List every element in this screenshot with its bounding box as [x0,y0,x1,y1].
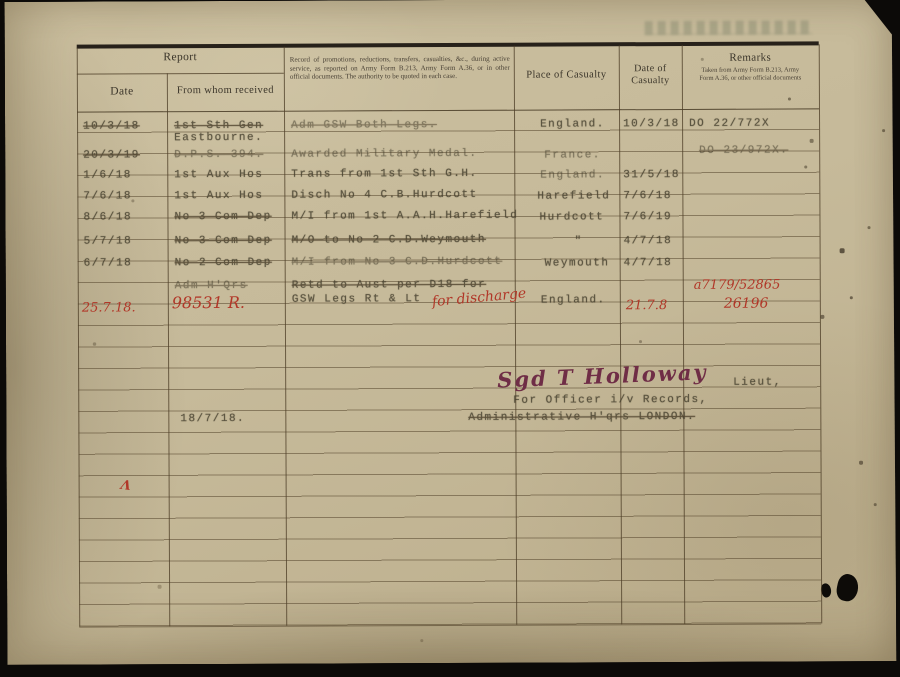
entry-remarks: DO 23/972X. [699,145,788,157]
entry-record: Retd to Aust per D18 for [292,279,486,292]
column-header-remarks: Remarks [682,51,819,64]
entry-place: Harefield [537,190,610,202]
entry-date-casualty: 4/7/18 [624,257,673,269]
entry-from: Adm H'Qrs [175,280,248,292]
entry-from: No 3 Com Dep [174,211,271,223]
entry-record: M/I from No 3 C.D.Hurdcott [292,256,503,269]
entry-place: England. [540,169,605,181]
entry-date-casualty: 4/7/18 [624,235,673,247]
signature-rank: Lieut, [733,377,782,389]
column-header-report: Report [77,51,284,64]
entry-date: 6/7/18 [84,257,133,269]
entry-record: M/O to No 2 C.D.Weymouth [292,234,486,247]
column-header-from-whom: From whom received [167,85,284,97]
red-margin-mark: Λ [120,478,132,494]
entry-date-red: 25.7.18. [82,300,136,315]
entry-record: Trans from 1st Sth G.H. [291,168,477,181]
ruled-rows [77,108,821,626]
column-header-date: Date [77,85,167,97]
entry-from: 1st Aux Hos [174,190,263,202]
entry-date: 5/7/18 [84,235,133,247]
entry-date: 8/6/18 [83,211,132,223]
entry-place: France. [544,149,601,161]
faded-stamp [645,20,813,35]
entry-place-ditto: " [575,235,583,247]
column-header-record-note: Record of promotions, reductions, transf… [290,55,510,82]
entry-from: D.P.S. 394. [174,149,263,161]
entry-from: No 2 Com Dep [175,257,272,269]
entry-from: 1st Aux Hos [174,169,263,181]
entry-record: M/I from 1st A.A.H.Harefield [291,210,518,223]
entry-date: 1/6/18 [83,169,132,181]
entry-from: No 3 Com Dep [175,235,272,247]
column-header-remarks-note: Taken from Army Form B.213, Army Form A.… [694,66,807,82]
signature-date: 18/7/18. [180,413,245,425]
entry-date: 10/3/18 [83,120,140,132]
column-header-place: Place of Casualty [514,69,619,80]
signature-line2: For Officer i/v Records, [513,394,707,407]
entry-date-casualty: 7/6/19 [623,211,672,223]
entry-place: England. [541,294,606,306]
entry-date: 7/6/18 [83,190,132,202]
entry-date-casualty: 31/5/18 [623,169,680,181]
entry-place: England. [540,118,605,130]
paper-sheet: Report Date From whom received Record of… [0,0,900,677]
signature-line3: Administrative H'qrs LONDON. [468,411,695,424]
entry-remarks-red: 26196 [724,296,769,312]
entry-from-line2: Eastbourne. [174,132,263,144]
entry-remarks: DO 22/772X [689,118,770,130]
entry-from: 1st Sth Gen [174,120,263,132]
entry-date-casualty: 10/3/18 [623,118,680,130]
entry-place: Hurdcott [539,211,604,223]
entry-record: GSW Legs Rt & Lt [292,293,422,306]
entry-remarks-red: a7179/52865 [694,278,781,293]
entry-date: 20/3/19 [83,149,140,161]
entry-record: Disch No 4 C.B.Hurdcott [291,189,477,202]
scanned-document: Report Date From whom received Record of… [0,0,900,677]
column-header-date-of-casualty: Date of Casualty [619,63,682,87]
entry-from-red: 98531 R. [172,293,245,312]
entry-place: Weymouth [545,257,610,269]
entry-date-casualty: 7/6/18 [623,190,672,202]
entry-date-casualty-red: 21.7.8 [626,298,667,313]
entry-record: Adm GSW Both Legs. [291,119,437,132]
entry-record: Awarded Military Medal. [291,148,477,161]
